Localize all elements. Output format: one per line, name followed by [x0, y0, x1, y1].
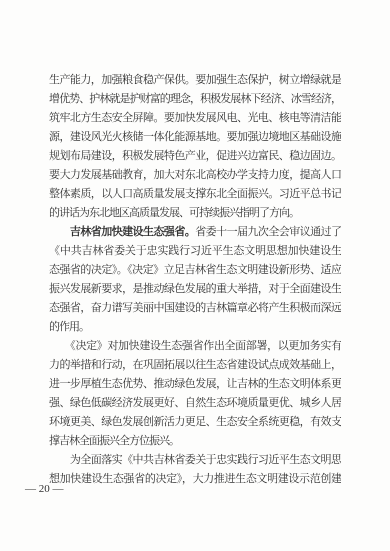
- document-line: 规划布局建设，积极发展特色产业，促进兴边富民、稳边固边。: [49, 147, 341, 166]
- document-page: 生产能力，加强粮食稳产保供。要加强生态保护，树立增绿就是 增优势、护林就是护财富…: [0, 0, 390, 551]
- page-number: — 20 —: [25, 483, 64, 495]
- document-line: 吉林省加快建设生态强省。省委十一届九次全会审议通过了: [49, 223, 341, 242]
- document-line: 筑牢北方生态安全屏障。要加快发展风电、光电、核电等清洁能: [49, 109, 341, 128]
- document-line: 环境更美、绿色发展创新活力更足、生态安全系统更稳，有效支: [49, 413, 341, 432]
- document-line: 源，建设风光火核储一体化能源基地。要加强边境地区基础设施: [49, 128, 341, 147]
- text-block: 生产能力，加强粮食稳产保供。要加强生态保护，树立增绿就是 增优势、护林就是护财富…: [49, 71, 341, 489]
- document-line: 的作用。: [49, 318, 341, 337]
- document-line: 撑吉林全面振兴全方位振兴。: [49, 432, 341, 451]
- document-line: 增优势、护林就是护财富的理念，积极发展林下经济、冰雪经济，: [49, 90, 341, 109]
- document-line: 想加快建设生态强省的决定》，大力推进生态文明建设示范创建: [49, 470, 341, 489]
- document-line: 态强省的决定》。《决定》立足吉林省生态文明建设新形势、适应: [49, 261, 341, 280]
- paragraph-lead-rest: 省委十一届九次全会审议通过了: [195, 226, 341, 238]
- document-line: 态强省，奋力谱写美丽中国建设的吉林篇章必将产生积极而深远: [49, 299, 341, 318]
- document-line: 力的举措和行动，在巩固拓展以往生态省建设试点成效基础上，: [49, 356, 341, 375]
- document-line: 生产能力，加强粮食稳产保供。要加强生态保护，树立增绿就是: [49, 71, 341, 90]
- document-line: 《中共吉林省委关于忠实践行习近平生态文明思想加快建设生: [49, 242, 341, 261]
- document-line: 振兴发展新要求，是推动绿色发展的重大举措，对于全面建设生: [49, 280, 341, 299]
- document-line: 的讲话为东北地区高质量发展、可持续振兴指明了方向。: [49, 204, 341, 223]
- document-line: 强、绿色低碳经济发展更好、自然生态环境质量更优、城乡人居: [49, 394, 341, 413]
- document-line: 为全面落实《中共吉林省委关于忠实践行习近平生态文明思: [49, 451, 341, 470]
- paragraph-lead-bold: 吉林省加快建设生态强省。: [49, 226, 195, 238]
- document-line: 《决定》对加快建设生态强省作出全面部署，以更加务实有: [49, 337, 341, 356]
- document-line: 要大力发展基础教育，加大对东北高校办学支持力度，提高人口: [49, 166, 341, 185]
- document-line: 进一步厚植生态优势、推动绿色发展，让吉林的生态文明体系更: [49, 375, 341, 394]
- document-line: 整体素质，以人口高质量发展支撑东北全面振兴。习近平总书记: [49, 185, 341, 204]
